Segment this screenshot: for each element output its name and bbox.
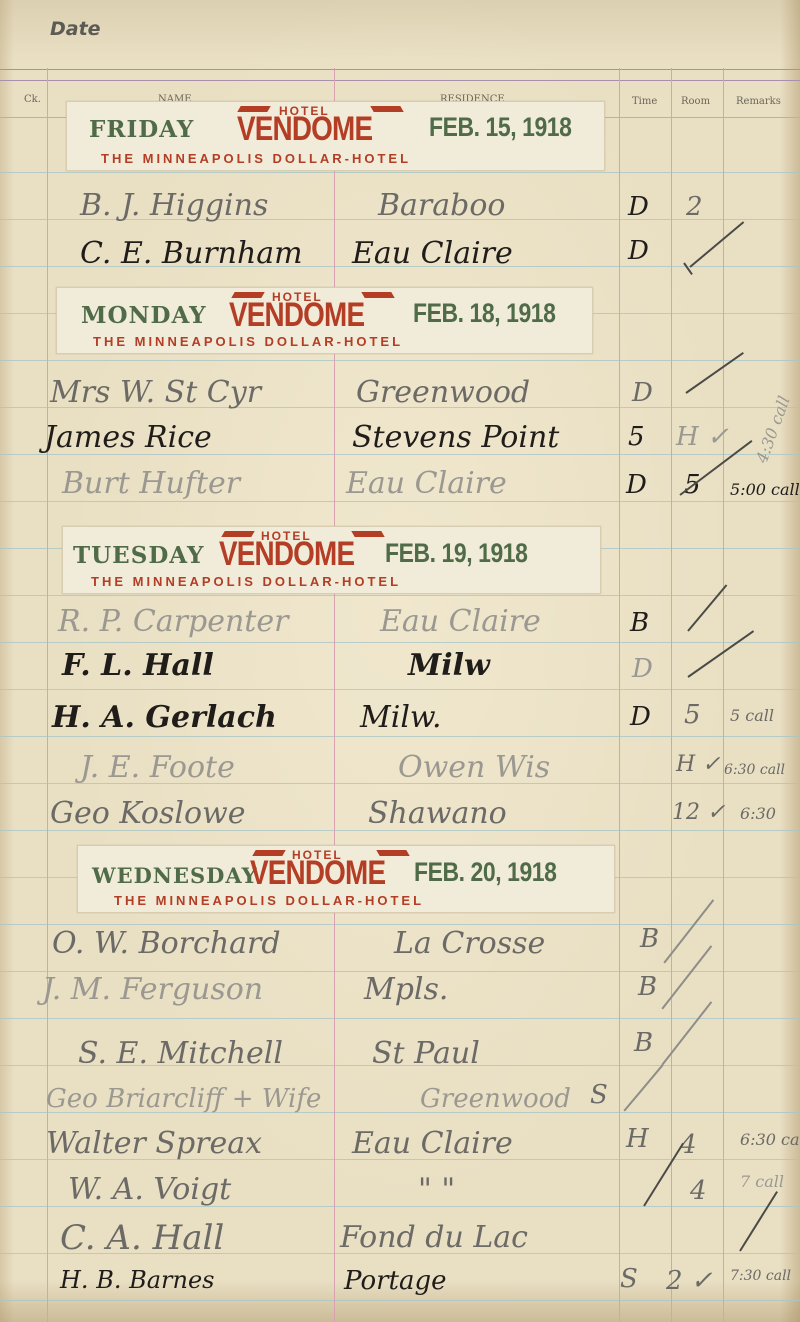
entry-residence: Eau Claire xyxy=(380,604,541,639)
entry-time: B xyxy=(634,1028,653,1058)
wing-ornament xyxy=(361,292,394,298)
stamp-date: FEB. 19, 1918 xyxy=(385,538,527,569)
entry-name: C. A. Hall xyxy=(60,1218,224,1258)
entry-room: 4 xyxy=(690,1176,707,1206)
ruled-line xyxy=(0,501,800,502)
top-rule xyxy=(0,80,800,81)
entry-time: S xyxy=(620,1264,638,1294)
ruled-line xyxy=(0,595,800,596)
ruled-line xyxy=(0,924,800,925)
stamp-tagline: THE MINNEAPOLIS DOLLAR-HOTEL xyxy=(101,151,411,166)
column-rule-residence xyxy=(334,68,335,1322)
entry-name: Mrs W. St Cyr xyxy=(50,375,261,410)
stamp-day: FRIDAY xyxy=(89,116,194,143)
check-mark-icon xyxy=(685,352,743,394)
entry-residence: Portage xyxy=(344,1266,447,1296)
ruled-line xyxy=(0,642,800,643)
stamp-date: FEB. 15, 1918 xyxy=(429,112,571,143)
entry-residence: La Crosse xyxy=(394,926,545,961)
entry-name: J. M. Ferguson xyxy=(42,972,263,1007)
ruled-line xyxy=(0,736,800,737)
check-mark-icon xyxy=(689,221,744,268)
wing-ornament xyxy=(351,531,384,537)
entry-residence: Greenwood xyxy=(356,375,530,410)
ruled-line xyxy=(0,1018,800,1019)
entry-residence: Eau Claire xyxy=(352,236,513,271)
entry-name: J. E. Foote xyxy=(80,750,235,785)
entry-remarks: 7 call xyxy=(740,1172,784,1191)
entry-residence: St Paul xyxy=(372,1036,480,1071)
stamp-day: TUESDAY xyxy=(73,542,204,569)
entry-name: F. L. Hall xyxy=(62,648,214,683)
stamp-day: WEDNESDAY xyxy=(92,863,258,888)
entry-name: R. P. Carpenter xyxy=(58,604,288,639)
entry-time: D xyxy=(632,654,653,684)
entry-residence: " " xyxy=(418,1172,455,1207)
entry-time: D xyxy=(632,378,653,408)
entry-remarks: 6:30 xyxy=(740,804,776,823)
entry-room: 5 xyxy=(684,700,701,730)
column-rule-time xyxy=(619,68,620,1322)
entry-time: D xyxy=(630,702,651,732)
entry-residence: Stevens Point xyxy=(352,420,559,455)
entry-name: O. W. Borchard xyxy=(52,926,281,961)
stamp-tagline: THE MINNEAPOLIS DOLLAR-HOTEL xyxy=(93,334,403,349)
column-rule-remarks xyxy=(723,68,724,1322)
date-stamp-wednesday: WEDNESDAY HOTEL VENDOME FEB. 20, 1918 TH… xyxy=(77,845,615,913)
column-header-ck: Ck. xyxy=(24,94,41,105)
entry-remarks: 6:30 call xyxy=(740,1130,800,1149)
entry-time: 5 xyxy=(628,422,645,452)
check-mark-icon xyxy=(643,1143,684,1207)
check-mark-icon xyxy=(623,1064,663,1111)
check-mark-icon xyxy=(687,584,727,631)
entry-room: 2 ✓ xyxy=(666,1266,713,1296)
check-mark-icon xyxy=(687,630,754,678)
entry-residence: Baraboo xyxy=(378,188,506,223)
entry-remarks: 5 call xyxy=(730,706,774,725)
date-stamp-friday: FRIDAY HOTEL VENDOME FEB. 15, 1918 THE M… xyxy=(66,101,605,171)
entry-time: B xyxy=(640,924,659,954)
stamp-tagline: THE MINNEAPOLIS DOLLAR-HOTEL xyxy=(91,574,401,589)
entry-name: James Rice xyxy=(44,420,212,455)
stamp-brand: VENDOME xyxy=(229,298,364,332)
ruled-line xyxy=(0,1300,800,1301)
entry-time: H xyxy=(626,1124,649,1154)
entry-name: H. B. Barnes xyxy=(60,1266,214,1294)
entry-residence: Milw. xyxy=(360,700,442,735)
check-mark-icon xyxy=(661,1001,711,1065)
column-rule-room xyxy=(671,68,672,1322)
entry-remarks: 5:00 call xyxy=(730,480,800,499)
entry-time: D xyxy=(626,470,647,500)
entry-room: H ✓ xyxy=(676,422,729,452)
entry-remarks: 7:30 call xyxy=(730,1268,791,1284)
ledger-page: Date Ck. NAME RESIDENCE Time Room Remark… xyxy=(0,0,800,1322)
entry-name: Geo Koslowe xyxy=(50,796,245,831)
stamp-brand: VENDOME xyxy=(219,537,354,571)
wing-ornament xyxy=(370,106,403,112)
check-mark-icon xyxy=(739,1191,778,1251)
entry-name: W. A. Voigt xyxy=(68,1172,231,1207)
column-header-time: Time xyxy=(632,96,657,107)
ruled-line xyxy=(0,689,800,690)
column-header-room: Room xyxy=(681,96,710,107)
stamp-date: FEB. 18, 1918 xyxy=(413,298,555,329)
ruled-line xyxy=(0,360,800,361)
entry-time: D xyxy=(628,236,649,266)
entry-residence: Shawano xyxy=(368,796,507,831)
entry-name: H. A. Gerlach xyxy=(52,700,277,735)
stamp-day: MONDAY xyxy=(81,302,207,329)
entry-name: Geo Briarcliff + Wife xyxy=(46,1084,321,1114)
entry-name: Walter Spreax xyxy=(46,1126,262,1161)
stamp-brand: VENDOME xyxy=(250,856,385,890)
date-stamp-tuesday: TUESDAY HOTEL VENDOME FEB. 19, 1918 THE … xyxy=(62,526,601,594)
entry-residence: Fond du Lac xyxy=(340,1220,528,1255)
entry-remarks: 6:30 call xyxy=(724,762,785,778)
ruled-line xyxy=(0,172,800,173)
entry-residence: Mpls. xyxy=(364,972,448,1007)
entry-time: B xyxy=(638,972,657,1002)
entry-time: D xyxy=(628,192,649,222)
entry-room: 2 xyxy=(686,192,703,222)
entry-residence: Eau Claire xyxy=(352,1126,513,1161)
entry-residence: Milw xyxy=(408,648,490,683)
entry-time: B xyxy=(630,608,649,638)
date-stamp-monday: MONDAY HOTEL VENDOME FEB. 18, 1918 THE M… xyxy=(56,287,593,354)
stamp-tagline: THE MINNEAPOLIS DOLLAR-HOTEL xyxy=(114,893,424,908)
entry-residence: Owen Wis xyxy=(398,750,550,785)
date-label: Date xyxy=(50,18,101,40)
entry-residence: Eau Claire xyxy=(346,466,507,501)
stamp-brand: VENDOME xyxy=(237,112,372,146)
entry-residence: Greenwood xyxy=(420,1084,571,1114)
entry-name: B. J. Higgins xyxy=(80,188,268,223)
top-rule xyxy=(0,69,800,70)
entry-name: Burt Hufter xyxy=(62,466,240,501)
entry-room: 12 ✓ xyxy=(672,800,725,825)
entry-name: C. E. Burnham xyxy=(80,236,303,271)
column-header-remarks: Remarks xyxy=(736,96,781,107)
entry-room: H ✓ xyxy=(676,752,721,777)
stamp-date: FEB. 20, 1918 xyxy=(414,857,556,888)
entry-name: S. E. Mitchell xyxy=(78,1036,283,1071)
entry-time: S xyxy=(590,1080,608,1110)
